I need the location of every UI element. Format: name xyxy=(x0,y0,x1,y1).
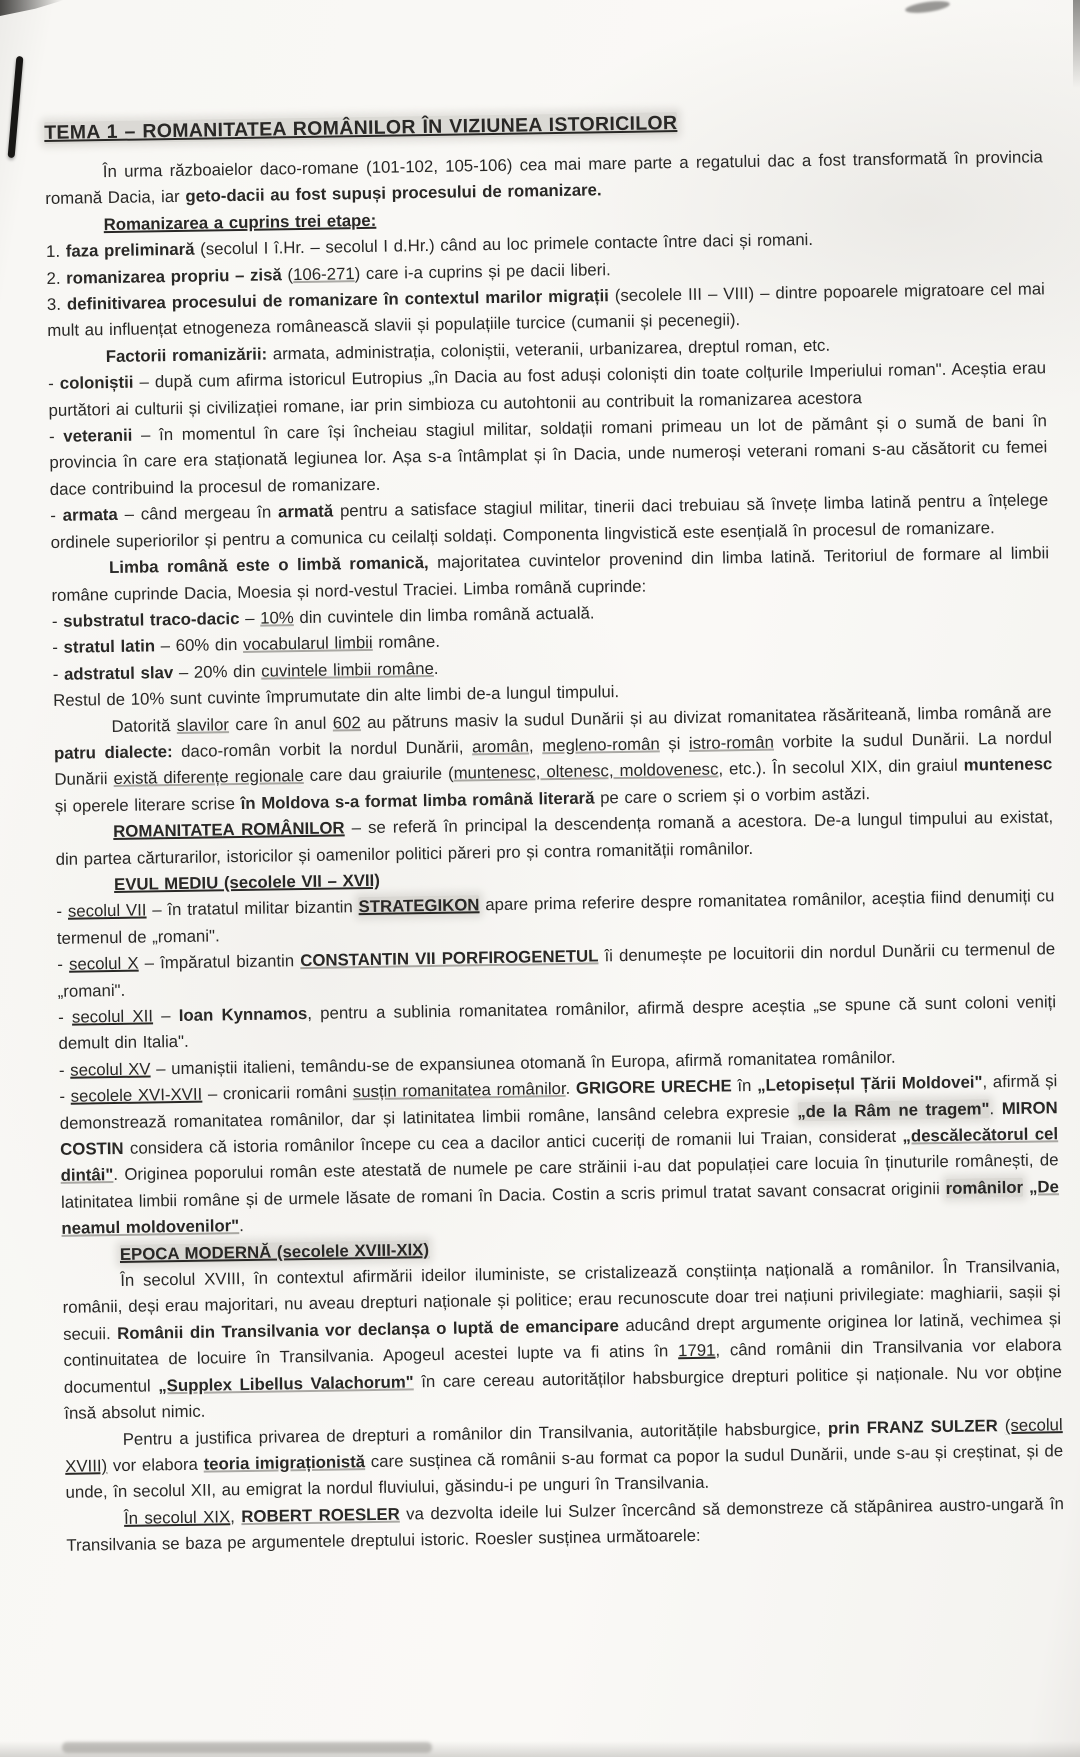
paragraph: Datorită slavilor care în anul 602 au pă… xyxy=(53,699,1053,820)
text-segment: din cuvintele din limba română actuală. xyxy=(294,603,595,627)
text-segment: romanizarea propriu – zisă xyxy=(66,265,282,287)
text-segment: – xyxy=(239,609,260,628)
text-segment: - xyxy=(58,1008,72,1027)
text-segment: 106-271 xyxy=(293,264,355,284)
text-segment: 3. xyxy=(47,295,67,314)
text-segment: „Supplex Libellus Valachorum" xyxy=(158,1372,414,1395)
document-title: TEMA 1 – ROMANITATEA ROMÂNILOR ÎN VIZIUN… xyxy=(44,102,1042,148)
text-segment: în Moldova s-a format limba română liter… xyxy=(241,788,595,813)
text-segment: Romanizarea a cuprins trei etape: xyxy=(104,211,377,234)
text-segment: care dau graiurile ( xyxy=(304,764,454,785)
text-segment: coloniștii xyxy=(60,373,134,393)
text-segment: - xyxy=(59,1087,71,1106)
text-segment: 10% xyxy=(260,608,294,628)
text-segment: – în momentul în care își încheiau stagi… xyxy=(49,411,1047,498)
text-segment: pe care o scriem și o vorbim astăzi. xyxy=(594,784,870,807)
text-segment: daco-român vorbit la nordul Dunării, xyxy=(172,737,472,761)
text-segment: vor elabora xyxy=(107,1455,204,1476)
text-segment: există diferențe regionale xyxy=(113,766,303,788)
text-segment: armata xyxy=(63,505,118,525)
text-segment: megleno-român xyxy=(542,734,660,755)
text-segment: . xyxy=(239,1216,244,1235)
text-segment: - xyxy=(56,902,68,921)
text-segment: Românii din Transilvania vor declanșa o … xyxy=(117,1316,619,1343)
text-segment: Restul de 10% sunt cuvinte împrumutate d… xyxy=(53,682,619,710)
document-body: TEMA 1 – ROMANITATEA ROMÂNILOR ÎN VIZIUN… xyxy=(44,102,1065,1559)
text-segment: românilor xyxy=(946,1178,1024,1198)
text-segment: , xyxy=(529,736,543,755)
text-segment: – xyxy=(153,1006,179,1025)
text-segment: care în anul xyxy=(229,713,333,734)
text-segment: muntenesc xyxy=(964,755,1053,775)
text-segment: slavilor xyxy=(177,715,230,735)
text-segment: Limba română este o limbă romanică, xyxy=(109,553,429,577)
text-segment: secolul XII xyxy=(72,1006,153,1026)
text-segment: – 60% din xyxy=(155,635,243,655)
text-segment: substratul traco-dacic xyxy=(63,609,240,631)
text-segment: În secolul XIX xyxy=(124,1507,230,1528)
text-segment: TEMA 1 – ROMANITATEA ROMÂNILOR ÎN VIZIUN… xyxy=(44,112,677,144)
text-segment: GRIGORE URECHE xyxy=(576,1077,732,1098)
text-segment: ROBERT ROESLER xyxy=(241,1504,400,1525)
text-segment: . xyxy=(434,659,439,678)
text-segment: – împăratul bizantin xyxy=(138,951,300,973)
text-segment: – în tratatul militar bizantin xyxy=(146,898,358,920)
text-segment: STRATEGIKON xyxy=(358,896,479,917)
text-segment: - xyxy=(49,427,64,446)
text-segment: ROMANITATEA ROMÂNILOR xyxy=(113,819,345,842)
text-segment: vocabularul limbii xyxy=(243,633,373,654)
text-segment: istro-român xyxy=(689,733,774,753)
text-segment: adstratul slav xyxy=(64,663,173,684)
text-segment: ) care i-a cuprins și pe dacii liberi. xyxy=(354,260,610,283)
text-segment: „de la Râm ne tragem" xyxy=(797,1099,990,1121)
text-segment: și xyxy=(660,734,690,753)
text-segment: în xyxy=(732,1076,758,1095)
text-segment: armata, administrația, coloniștii, veter… xyxy=(267,336,830,364)
text-segment: „Letopisețul Țării Moldovei" xyxy=(757,1073,983,1096)
scan-corner-mark xyxy=(0,0,64,16)
text-segment: - xyxy=(48,374,60,393)
text-segment: CONSTANTIN VII PORFIROGENETUL xyxy=(300,947,598,971)
scan-bottom-band xyxy=(62,1742,432,1753)
text-segment: EVUL MEDIU (secolele VII – XVII) xyxy=(114,871,380,894)
text-segment: definitivarea procesului de romanizare î… xyxy=(67,286,609,314)
text-segment: Factorii romanizării: xyxy=(106,344,268,366)
text-segment: Ioan Kynnamos xyxy=(179,1004,308,1025)
text-segment: 1791 xyxy=(678,1341,716,1361)
text-segment: teoria imigraționistă xyxy=(203,1452,365,1474)
scanned-page: TEMA 1 – ROMANITATEA ROMÂNILOR ÎN VIZIUN… xyxy=(0,0,1080,1757)
text-segment: române. xyxy=(373,632,441,652)
text-segment: ( xyxy=(282,265,294,284)
text-segment: , xyxy=(230,1507,241,1526)
text-segment: considera că istoria românilor începe cu… xyxy=(123,1127,902,1158)
text-segment: (secolul I î.Hr. – secolul I d.Hr.) când… xyxy=(194,230,813,259)
text-segment: , etc.). În secolul XIX, din graiul xyxy=(718,756,964,779)
text-segment: - xyxy=(53,664,65,683)
text-segment: 1. xyxy=(46,242,66,261)
paragraph: - secolele XVI-XVII – cronicarii români … xyxy=(59,1068,1059,1242)
text-segment: . xyxy=(989,1099,1002,1118)
text-segment: secolul VII xyxy=(68,901,147,921)
pen-stroke-mark xyxy=(8,56,24,158)
text-segment: - xyxy=(52,612,64,631)
scan-edge-streak xyxy=(1073,0,1080,88)
text-segment: și operele literare scrise xyxy=(55,794,241,816)
text-segment: armată xyxy=(278,502,333,522)
text-segment: – când mergeau în xyxy=(118,503,279,525)
text-segment: 602 xyxy=(333,713,361,732)
text-segment: . xyxy=(565,1079,576,1098)
text-segment: stratul latin xyxy=(63,637,155,657)
text-segment: – 20% din xyxy=(173,661,261,681)
text-segment: - xyxy=(57,955,69,974)
text-segment: 2. xyxy=(46,268,66,287)
text-segment: aromân xyxy=(472,736,529,756)
text-segment: muntenesc, oltenesc, moldovenesc xyxy=(453,760,718,783)
paragraph: În secolul XVIII, în contextul afirmării… xyxy=(62,1253,1062,1427)
text-segment: EPOCA MODERNĂ (secolele XVIII-XIX) xyxy=(120,1240,429,1264)
text-segment: – cronicarii români xyxy=(202,1082,353,1103)
text-segment: - xyxy=(59,1061,71,1080)
text-segment: patru dialecte: xyxy=(54,742,173,763)
text-segment: susțin romanitatea românilor xyxy=(353,1079,566,1101)
text-segment: geto-dacii au fost supuși procesului de … xyxy=(185,181,602,207)
text-segment: . Originea poporului român este atestată… xyxy=(61,1151,1059,1212)
text-segment: secolul XV xyxy=(70,1059,151,1079)
scan-smudge xyxy=(905,0,951,15)
text-segment: prin FRANZ SULZER xyxy=(828,1416,998,1438)
text-segment: cuvintele limbii române xyxy=(261,659,434,681)
text-segment: veteranii xyxy=(63,426,132,446)
text-segment: - xyxy=(50,506,63,525)
text-segment: Datorită xyxy=(111,716,176,736)
text-segment: secolul X xyxy=(69,954,139,974)
text-segment: - xyxy=(52,638,64,657)
text-segment: secolele XVI-XVII xyxy=(71,1085,203,1106)
text-segment: faza preliminară xyxy=(66,240,195,261)
